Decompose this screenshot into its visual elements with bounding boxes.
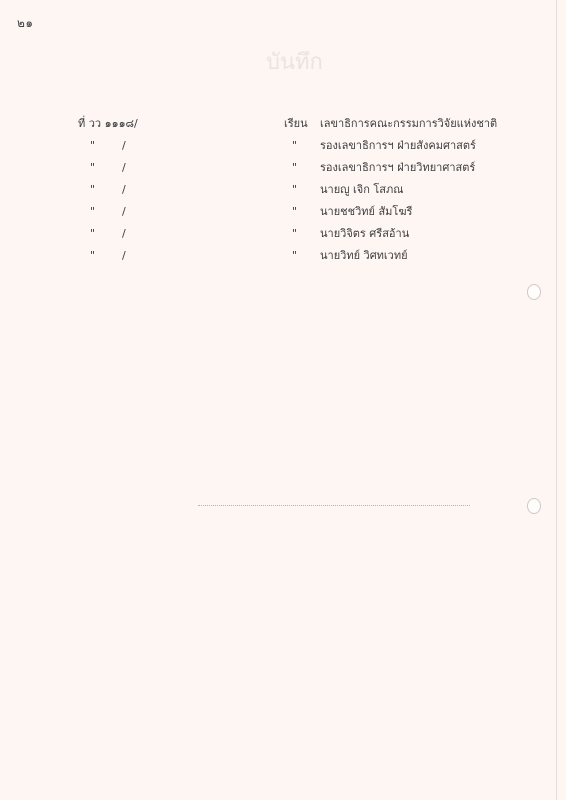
slash-mark: / bbox=[122, 182, 126, 198]
ditto-mark: " bbox=[90, 160, 95, 176]
ditto-mark: " bbox=[90, 204, 95, 220]
recipient: นายวิจิตร ศรีสอ้าน bbox=[320, 226, 409, 242]
memo-row: "/ "รองเลขาธิการฯ ฝ่ายวิทยาศาสตร์ bbox=[78, 160, 498, 176]
slash-mark: / bbox=[122, 204, 126, 220]
ditto-mark: " bbox=[292, 138, 297, 154]
ditto-mark: " bbox=[292, 182, 297, 198]
punch-hole bbox=[527, 498, 541, 514]
memo-row: "/ "นายวิจิตร ศรีสอ้าน bbox=[78, 226, 498, 242]
ditto-mark: " bbox=[292, 248, 297, 264]
ditto-mark: " bbox=[292, 226, 297, 242]
document-page: ๒๑ บันทึก ที่ วว ๑๑๑๘/ เรียน เลขาธิการคณ… bbox=[0, 0, 566, 800]
slash-mark: / bbox=[122, 160, 126, 176]
slash-mark: / bbox=[122, 226, 126, 242]
ditto-mark: " bbox=[292, 160, 297, 176]
ditto-mark: " bbox=[90, 182, 95, 198]
recipient: รองเลขาธิการฯ ฝ่ายวิทยาศาสตร์ bbox=[320, 160, 475, 176]
recipient: นายชชวิทย์ สัมโฆรี bbox=[320, 204, 412, 220]
punch-hole bbox=[527, 284, 541, 300]
memo-row: "/ "นายญู เจิก โสภณ bbox=[78, 182, 498, 198]
slash-mark: / bbox=[122, 138, 126, 154]
ditto-mark: " bbox=[90, 226, 95, 242]
page-number: ๒๑ bbox=[17, 14, 34, 33]
recipient: รองเลขาธิการฯ ฝ่ายสังคมศาสตร์ bbox=[320, 138, 476, 154]
memo-row: ที่ วว ๑๑๑๘/ เรียน เลขาธิการคณะกรรมการวิ… bbox=[78, 116, 498, 132]
slash-mark: / bbox=[122, 248, 126, 264]
reference-number: ที่ วว ๑๑๑๘/ bbox=[78, 116, 138, 132]
ditto-mark: " bbox=[90, 248, 95, 264]
memo-row: "/ "นายชชวิทย์ สัมโฆรี bbox=[78, 204, 498, 220]
recipient: เลขาธิการคณะกรรมการวิจัยแห่งชาติ bbox=[320, 116, 497, 132]
bleed-through-title: บันทึก bbox=[266, 44, 323, 79]
page-edge bbox=[556, 0, 557, 800]
memo-row: "/ "รองเลขาธิการฯ ฝ่ายสังคมศาสตร์ bbox=[78, 138, 498, 154]
bleed-through-dotted-line bbox=[198, 505, 470, 507]
ditto-mark: " bbox=[292, 204, 297, 220]
ditto-mark: " bbox=[90, 138, 95, 154]
recipient: นายญู เจิก โสภณ bbox=[320, 182, 403, 198]
recipient: นายวิทย์ วิศทเวทย์ bbox=[320, 248, 408, 264]
to-label: เรียน bbox=[284, 116, 308, 132]
memo-row: "/ "นายวิทย์ วิศทเวทย์ bbox=[78, 248, 498, 264]
